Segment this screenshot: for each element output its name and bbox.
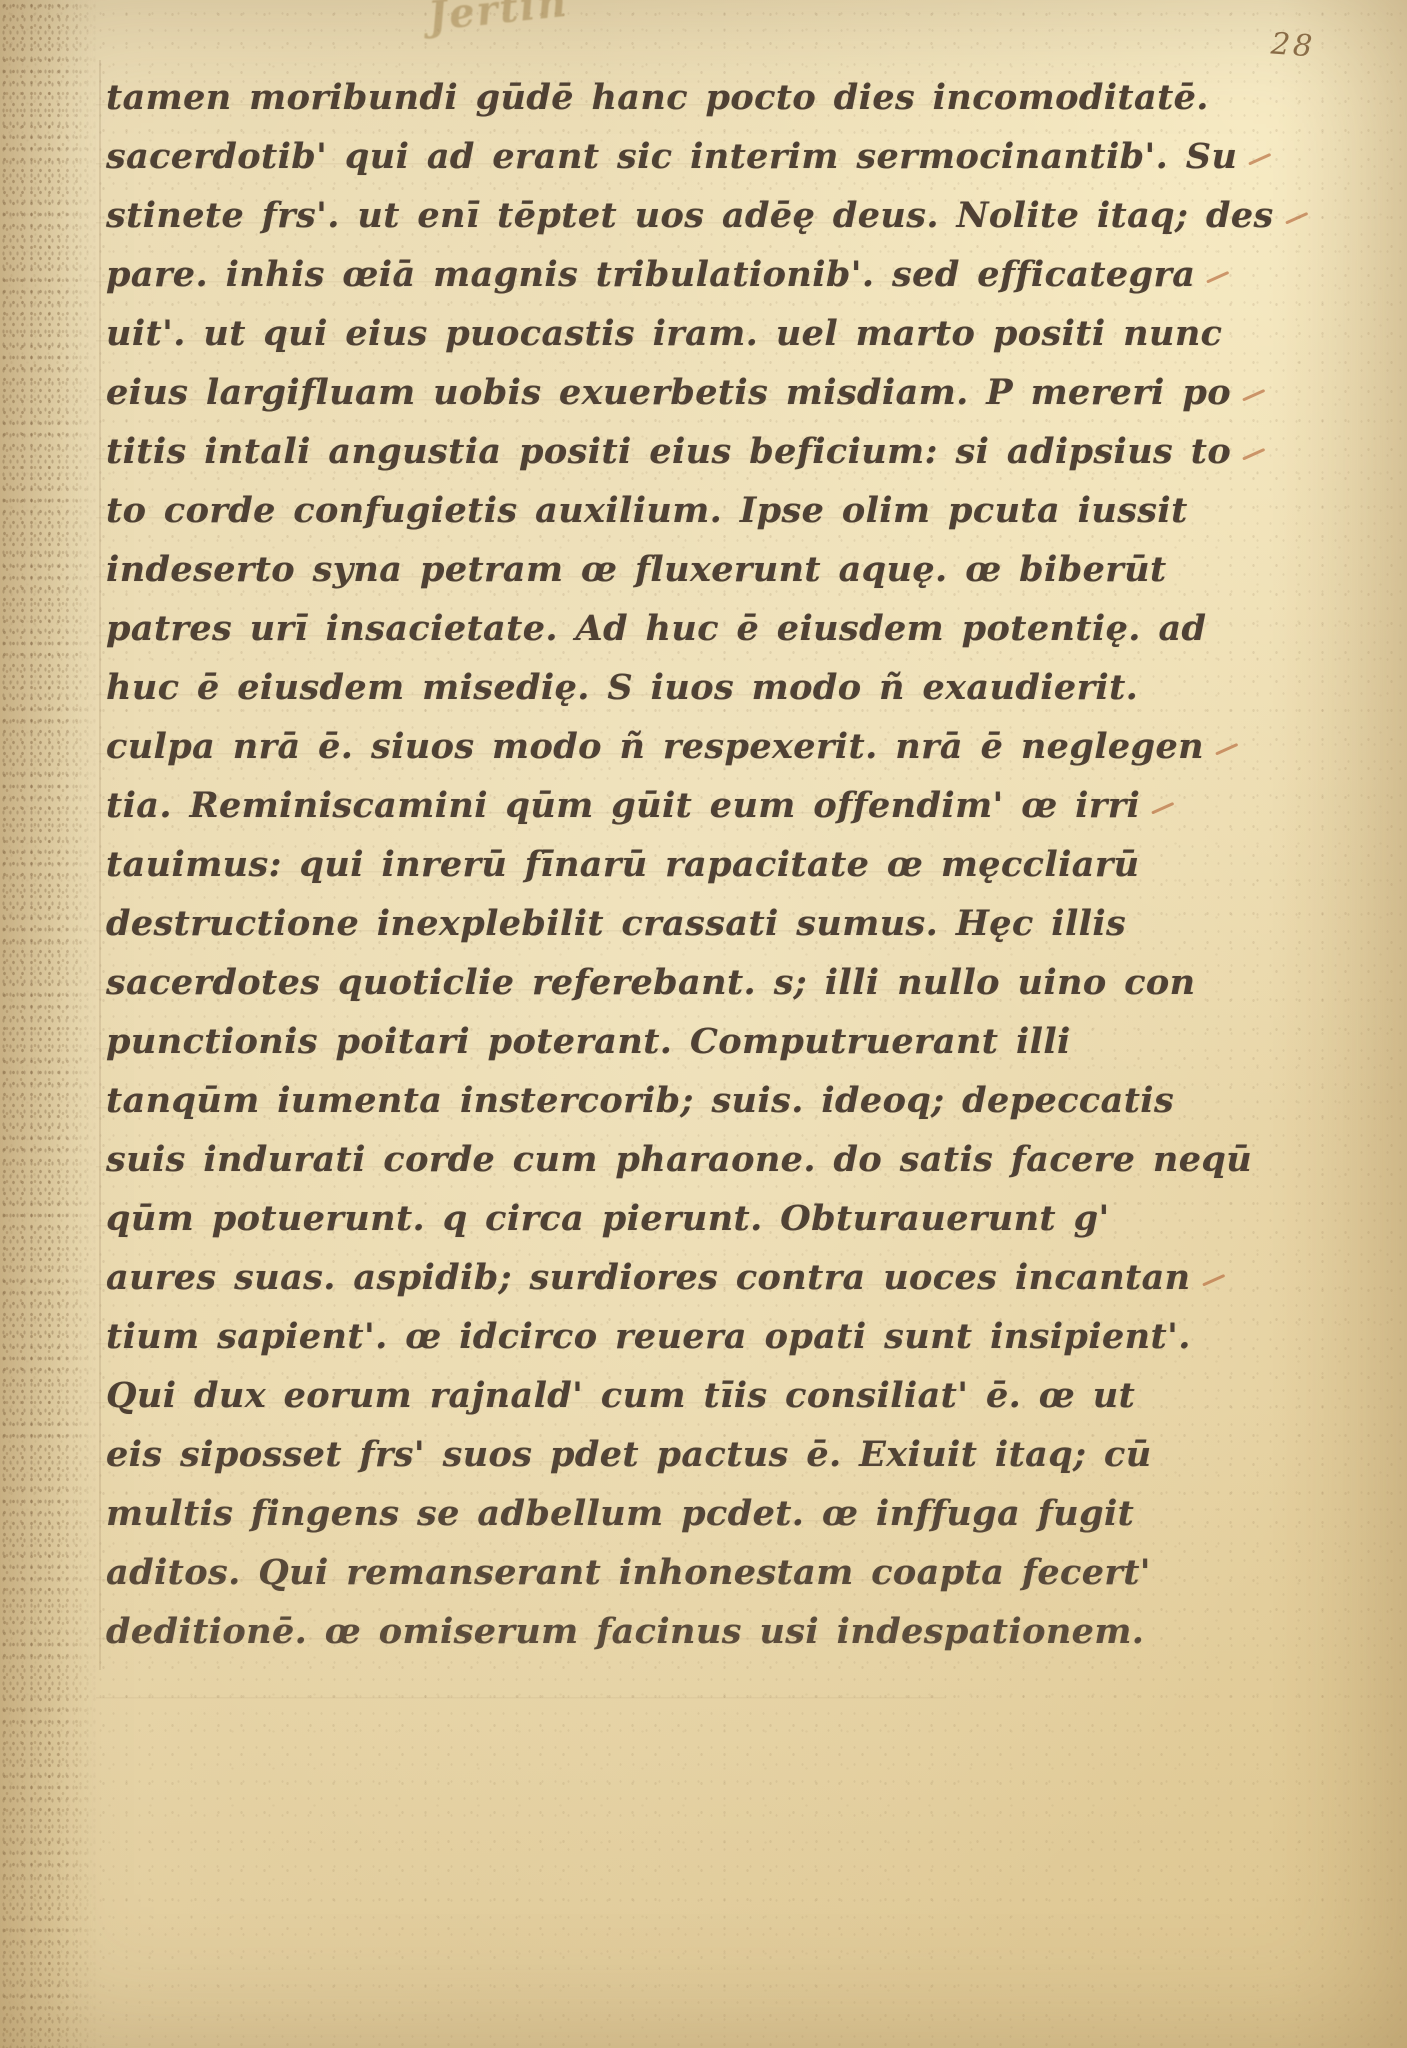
manuscript-line: uit'. ut qui eius puocastis iram. uel ma… bbox=[106, 304, 1006, 363]
manuscript-line-text: sacerdotib' qui ad erant sic interim ser… bbox=[106, 136, 1237, 177]
manuscript-line-text: tauimus: qui inrerū fīnarū rapacitate œ … bbox=[106, 844, 1140, 885]
line-end-mark-icon bbox=[1285, 212, 1308, 225]
line-end-mark-icon bbox=[1202, 1274, 1225, 1287]
manuscript-line: huc ē eiusdem misedię. S iuos modo ñ exa… bbox=[106, 658, 1006, 717]
manuscript-line-text: titis intali angustia positi eius befici… bbox=[106, 431, 1231, 472]
manuscript-line-text: indeserto syna petram œ fluxerunt aquę. … bbox=[106, 549, 1167, 590]
manuscript-line: eius largifluam uobis exuerbetis misdiam… bbox=[106, 363, 1006, 422]
line-end-mark-icon bbox=[1215, 743, 1238, 756]
manuscript-line: tanqūm iumenta instercorib; suis. ideoq;… bbox=[106, 1071, 1006, 1130]
manuscript-line: pare. inhis œiā magnis tribulationib'. s… bbox=[106, 245, 1006, 304]
manuscript-line-text: aditos. Qui remanserant inhonestam coapt… bbox=[106, 1552, 1151, 1593]
manuscript-line: to corde confugietis auxilium. Ipse olim… bbox=[106, 481, 1006, 540]
manuscript-line: eis siposset frs' suos pdet pactus ē. Ex… bbox=[106, 1425, 1006, 1484]
manuscript-line: destructione inexplebilit crassati sumus… bbox=[106, 894, 1006, 953]
manuscript-line: aures suas. aspidib; surdiores contra uo… bbox=[106, 1248, 1006, 1307]
manuscript-line: aditos. Qui remanserant inhonestam coapt… bbox=[106, 1543, 1006, 1602]
manuscript-line-text: qūm potuerunt. q circa pierunt. Obturaue… bbox=[106, 1198, 1110, 1239]
line-end-mark-icon bbox=[1242, 448, 1265, 461]
manuscript-line-text: deditionē. œ omiserum facinus usi indesp… bbox=[106, 1611, 1144, 1652]
manuscript-line-text: punctionis poitari poterant. Computruera… bbox=[106, 1021, 1071, 1062]
manuscript-line-text: huc ē eiusdem misedię. S iuos modo ñ exa… bbox=[106, 667, 1138, 708]
manuscript-line-text: tanqūm iumenta instercorib; suis. ideoq;… bbox=[106, 1080, 1174, 1121]
top-annotation: Jertin bbox=[426, 0, 570, 40]
left-margin-rule bbox=[99, 60, 101, 1670]
manuscript-line: punctionis poitari poterant. Computruera… bbox=[106, 1012, 1006, 1071]
manuscript-line-text: eius largifluam uobis exuerbetis misdiam… bbox=[106, 372, 1231, 413]
manuscript-line-text: culpa nrā ē. siuos modo ñ respexerit. nr… bbox=[106, 726, 1204, 767]
manuscript-line: suis indurati corde cum pharaone. do sat… bbox=[106, 1130, 1006, 1189]
manuscript-line-text: tia. Reminiscamini qūm gūit eum offendim… bbox=[106, 785, 1140, 826]
manuscript-line: qūm potuerunt. q circa pierunt. Obturaue… bbox=[106, 1189, 1006, 1248]
manuscript-line-text: tium sapient'. œ idcirco reuera opati su… bbox=[106, 1316, 1191, 1357]
manuscript-line-text: patres urī insacietate. Ad huc ē eiusdem… bbox=[106, 608, 1206, 649]
manuscript-line: tauimus: qui inrerū fīnarū rapacitate œ … bbox=[106, 835, 1006, 894]
manuscript-line: deditionē. œ omiserum facinus usi indesp… bbox=[106, 1602, 1006, 1661]
text-block: tamen moribundi gūdē hanc pocto dies inc… bbox=[106, 68, 1006, 1661]
manuscript-line: patres urī insacietate. Ad huc ē eiusdem… bbox=[106, 599, 1006, 658]
line-end-mark-icon bbox=[1151, 802, 1174, 815]
page-edge-texture bbox=[0, 0, 100, 2048]
manuscript-line-text: stinete frs'. ut enī tēptet uos adēę deu… bbox=[106, 195, 1274, 236]
manuscript-line-text: Qui dux eorum rajnald' cum tīis consilia… bbox=[106, 1375, 1135, 1416]
manuscript-line-text: uit'. ut qui eius puocastis iram. uel ma… bbox=[106, 313, 1222, 354]
manuscript-line: culpa nrā ē. siuos modo ñ respexerit. nr… bbox=[106, 717, 1006, 776]
manuscript-line: Qui dux eorum rajnald' cum tīis consilia… bbox=[106, 1366, 1006, 1425]
right-shading bbox=[1277, 0, 1407, 2048]
line-end-mark-icon bbox=[1242, 389, 1265, 402]
manuscript-line: tia. Reminiscamini qūm gūit eum offendim… bbox=[106, 776, 1006, 835]
manuscript-line-text: eis siposset frs' suos pdet pactus ē. Ex… bbox=[106, 1434, 1152, 1475]
manuscript-line: tium sapient'. œ idcirco reuera opati su… bbox=[106, 1307, 1006, 1366]
manuscript-line: indeserto syna petram œ fluxerunt aquę. … bbox=[106, 540, 1006, 599]
line-end-mark-icon bbox=[1207, 271, 1230, 284]
manuscript-line-text: multis fingens se adbellum pcdet. œ inff… bbox=[106, 1493, 1134, 1534]
manuscript-line-text: sacerdotes quoticlie referebant. s; illi… bbox=[106, 962, 1196, 1003]
parchment-page: Jertin 28 tamen moribundi gūdē hanc poct… bbox=[0, 0, 1407, 2048]
manuscript-line-text: destructione inexplebilit crassati sumus… bbox=[106, 903, 1126, 944]
manuscript-line-text: suis indurati corde cum pharaone. do sat… bbox=[106, 1139, 1252, 1180]
manuscript-line-text: tamen moribundi gūdē hanc pocto dies inc… bbox=[106, 77, 1209, 118]
line-end-mark-icon bbox=[1249, 153, 1272, 166]
manuscript-line: sacerdotes quoticlie referebant. s; illi… bbox=[106, 953, 1006, 1012]
manuscript-line: stinete frs'. ut enī tēptet uos adēę deu… bbox=[106, 186, 1006, 245]
manuscript-line: multis fingens se adbellum pcdet. œ inff… bbox=[106, 1484, 1006, 1543]
manuscript-line-text: aures suas. aspidib; surdiores contra uo… bbox=[106, 1257, 1191, 1298]
manuscript-line: titis intali angustia positi eius befici… bbox=[106, 422, 1006, 481]
folio-number: 28 bbox=[1270, 27, 1317, 65]
manuscript-line: tamen moribundi gūdē hanc pocto dies inc… bbox=[106, 68, 1006, 127]
manuscript-line: sacerdotib' qui ad erant sic interim ser… bbox=[106, 127, 1006, 186]
manuscript-line-text: to corde confugietis auxilium. Ipse olim… bbox=[106, 490, 1188, 531]
manuscript-line-text: pare. inhis œiā magnis tribulationib'. s… bbox=[106, 254, 1195, 295]
